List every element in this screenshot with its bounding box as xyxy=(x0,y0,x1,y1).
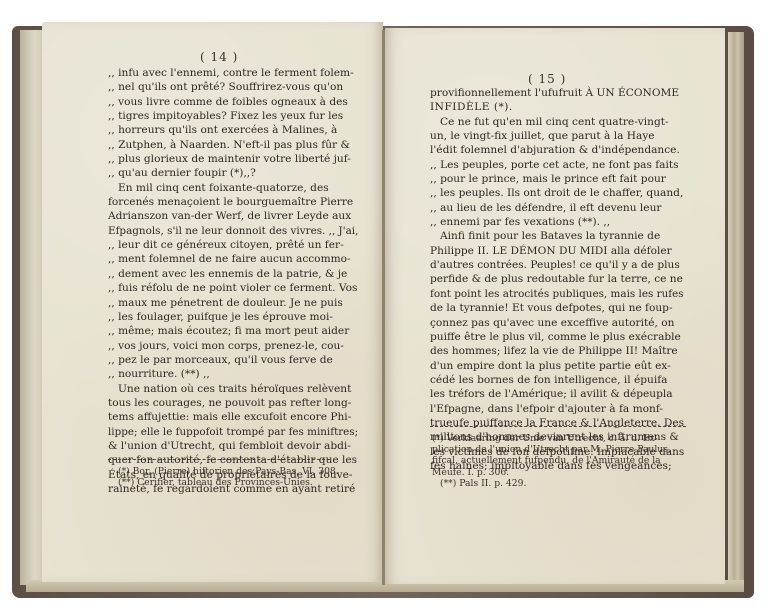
text-line: tems affujettie: mais elle excufoit enco… xyxy=(108,410,358,424)
right-page-number: ( 15 ) xyxy=(528,72,566,86)
text-line: d'autres contrées. Peuples! ce qu'il y a… xyxy=(430,258,684,272)
text-line: puiffe être le plus vil, comme le plus e… xyxy=(430,330,684,344)
text-line: ,, les foulager, puifque je les éprouve … xyxy=(108,310,358,324)
text-line: des hommes; lifez la vie de Philippe II!… xyxy=(430,344,684,358)
text-line: ,, maux me pénetrent de douleur. Je ne p… xyxy=(108,296,358,310)
right-page-body: provifionnellement l'ufufruit À UN ÉCONO… xyxy=(430,86,684,473)
left-page-footnotes: (*) Bor, (Pierre) hiftorien des Pays-Bas… xyxy=(118,466,358,488)
text-line: font point les atrocités publiques, mais… xyxy=(430,287,679,301)
text-line: ,, infu avec l'ennemi, contre le ferment… xyxy=(108,66,358,80)
text-line: un, le vingt-fix juillet, que parut à la… xyxy=(430,129,684,143)
text-line: d'un empire dont la plus petite partie e… xyxy=(430,359,684,373)
text-line: ,, tigres impitoyables? Fixez les yeux f… xyxy=(108,109,358,123)
text-line: ,, leur dit ce généreux citoyen, prêté u… xyxy=(108,238,358,252)
footnote: plication de l'union d'Utrecht par M. Pi… xyxy=(432,444,686,455)
footnote: (**) Cerifier, tableau des Provinces-Uni… xyxy=(118,477,358,488)
text-line: ,, fuis réfolu de ne point violer ce fer… xyxy=(108,281,358,295)
text-line: Efpagnols, s'il ne leur donnoit des vivr… xyxy=(108,224,353,238)
text-line: cédé les bornes de fon intelligence, il … xyxy=(430,373,684,387)
text-line: ,, les peuples. Ils ont droit de le chaf… xyxy=(430,186,684,200)
footnote: (*) Bor, (Pierre) hiftorien des Pays-Bas… xyxy=(118,466,358,477)
text-line: ,, pour le prince, mais le prince eft fa… xyxy=(430,172,684,186)
text-line: ,, nel qu'ils ont prêté? Souffrirez-vous… xyxy=(108,80,358,94)
footnote-separator xyxy=(430,426,686,427)
page-block-edge-right xyxy=(728,32,744,592)
text-line: ,, au lieu de les défendre, il eft deven… xyxy=(430,201,684,215)
text-line: de la tyrannie! Et vous defpotes, qui ne… xyxy=(430,301,684,315)
text-line: ,, horreurs qu'ils ont exercées à Maline… xyxy=(108,123,358,137)
text-line: provifionnellement l'ufufruit À UN ÉCONO… xyxy=(430,86,684,100)
text-line: INFIDÈLE (*). xyxy=(430,100,684,114)
left-page-number: ( 14 ) xyxy=(200,50,238,64)
text-line: Adrianszon van-der Werf, de livrer Leyde… xyxy=(108,209,358,223)
text-line: ,, même; mais écoutez; fi ma mort peut a… xyxy=(108,324,358,338)
text-line: forcenés menaçoient le bourguemaître Pie… xyxy=(108,195,358,209)
text-line: ,, qu'au dernier foupir (*),,? xyxy=(108,166,358,180)
text-line: ,, nourriture. (**) ,, xyxy=(108,367,358,381)
text-line: perfide & de plus redoutable fur la terr… xyxy=(430,272,684,286)
text-line: tous les courages, ne pouvoit pas refter… xyxy=(108,396,358,410)
footnote-separator xyxy=(108,459,330,460)
footnote: (*) Verklaaring der Unie van Utrecht, c.… xyxy=(432,433,686,444)
text-line: ,, ennemi par fes vexations (**). ,, xyxy=(430,215,684,229)
text-line: ,, pez le par morceaux, qu'il vous ferve… xyxy=(108,353,358,367)
footnote: Meufe. I. p. 306. xyxy=(432,467,686,478)
text-line: & l'union d'Utrecht, qui fembloit devoir… xyxy=(108,439,358,453)
text-line: Philippe II. LE DÉMON DU MIDI alla défol… xyxy=(430,244,684,258)
text-line: ,, dement avec les ennemis de la patrie,… xyxy=(108,267,358,281)
text-line: ,, ment folemnel de ne faire aucun accom… xyxy=(108,252,358,266)
text-line: En mil cinq cent foixante-quatorze, des xyxy=(108,181,358,195)
text-line: ,, vous livre comme de foibles ogneaux à… xyxy=(108,95,358,109)
text-line: l'Efpagne, dans l'efpoir d'ajouter à fa … xyxy=(430,402,684,416)
text-line: ,, Zutphen, à Naarden. N'eft-il pas plus… xyxy=(108,138,358,152)
text-line: çonnez pas qu'avec une exceffive autorit… xyxy=(430,316,684,330)
text-line: Ainfi finit pour les Bataves la tyrannie… xyxy=(430,229,684,243)
footnote: fifcal, actuellement fufpendu, de l'Amir… xyxy=(432,455,686,466)
text-line: Ce ne fut qu'en mil cinq cent quatre-vin… xyxy=(430,115,684,129)
right-page-footnotes: (*) Verklaaring der Unie van Utrecht, c.… xyxy=(432,433,686,489)
book-gutter xyxy=(382,30,385,585)
text-line: lippe; elle le fuppofoit trompé par fes … xyxy=(108,425,352,439)
footnote: (**) Pals II. p. 429. xyxy=(432,478,686,489)
text-line: ,, Les peuples, porte cet acte, ne font … xyxy=(430,158,684,172)
text-line: l'édit folemnel d'abjuration & d'indépen… xyxy=(430,143,684,157)
text-line: trueufe puiffance la France & l'Angleter… xyxy=(430,416,684,430)
text-line: ,, vos jours, voici mon corps, prenez-le… xyxy=(108,339,358,353)
left-page-body: ,, infu avec l'ennemi, contre le ferment… xyxy=(108,66,358,496)
text-line: les tréfors de l'Amérique; il avilit & d… xyxy=(430,387,684,401)
text-line: ,, plus glorieux de maintenir votre libe… xyxy=(108,152,358,166)
text-line: Une nation où ces traits héroïques relèv… xyxy=(108,382,358,396)
